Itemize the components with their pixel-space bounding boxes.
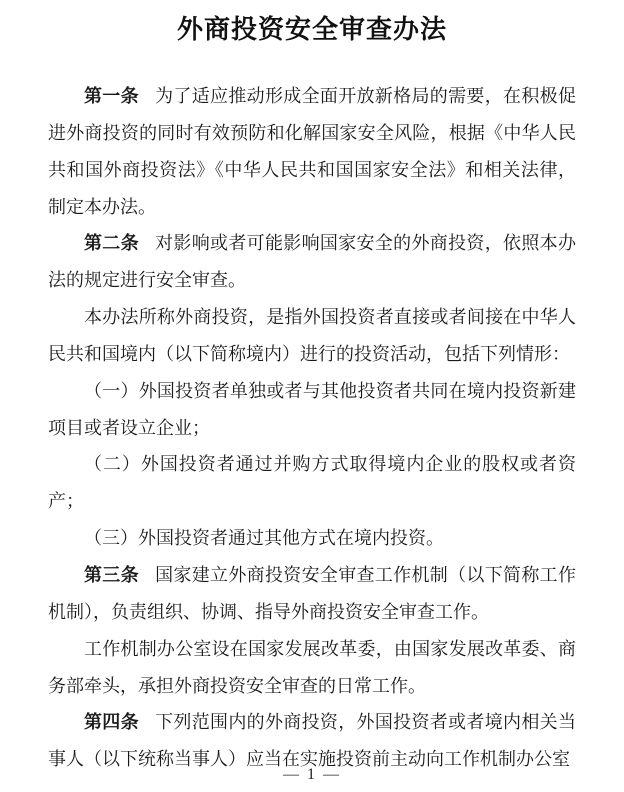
paragraph-text: 本办法所称外商投资，是指外国投资者直接或者间接在中华人民共和国境内（以下简称境内… [48, 307, 576, 364]
paragraph-article-2: 第二条对影响或者可能影响国家安全的外商投资，依照本办法的规定进行安全审查。 [48, 225, 576, 299]
paragraph-item-3: （三）外国投资者通过其他方式在境内投资。 [48, 520, 576, 557]
document-page: 外商投资安全审查办法 第一条为了适应推动形成全面开放新格局的需要，在积极促进外商… [0, 0, 624, 792]
paragraph-text: 工作机制办公室设在国家发展改革委，由国家发展改革委、商务部牵头，承担外商投资安全… [48, 639, 576, 696]
article-number: 第三条 [84, 565, 139, 585]
paragraph-article-3: 第三条国家建立外商投资安全审查工作机制（以下简称工作机制），负责组织、协调、指导… [48, 557, 576, 631]
paragraph-office: 工作机制办公室设在国家发展改革委，由国家发展改革委、商务部牵头，承担外商投资安全… [48, 631, 576, 705]
paragraph-text: （一）外国投资者单独或者与其他投资者共同在境内投资新建项目或者设立企业； [48, 381, 576, 438]
article-number: 第四条 [84, 712, 139, 732]
paragraph-article-1: 第一条为了适应推动形成全面开放新格局的需要，在积极促进外商投资的同时有效预防和化… [48, 78, 576, 225]
article-number: 第二条 [84, 233, 139, 253]
page-number: — 1 — [0, 766, 624, 784]
paragraph-text: （二）外国投资者通过并购方式取得境内企业的股权或者资产； [48, 454, 576, 511]
paragraph-item-2: （二）外国投资者通过并购方式取得境内企业的股权或者资产； [48, 446, 576, 520]
paragraph-definition: 本办法所称外商投资，是指外国投资者直接或者间接在中华人民共和国境内（以下简称境内… [48, 299, 576, 373]
document-title: 外商投资安全审查办法 [0, 12, 624, 48]
document-body: 第一条为了适应推动形成全面开放新格局的需要，在积极促进外商投资的同时有效预防和化… [48, 78, 576, 778]
article-number: 第一条 [84, 86, 139, 106]
paragraph-item-1: （一）外国投资者单独或者与其他投资者共同在境内投资新建项目或者设立企业； [48, 373, 576, 447]
paragraph-text: （三）外国投资者通过其他方式在境内投资。 [84, 528, 444, 548]
